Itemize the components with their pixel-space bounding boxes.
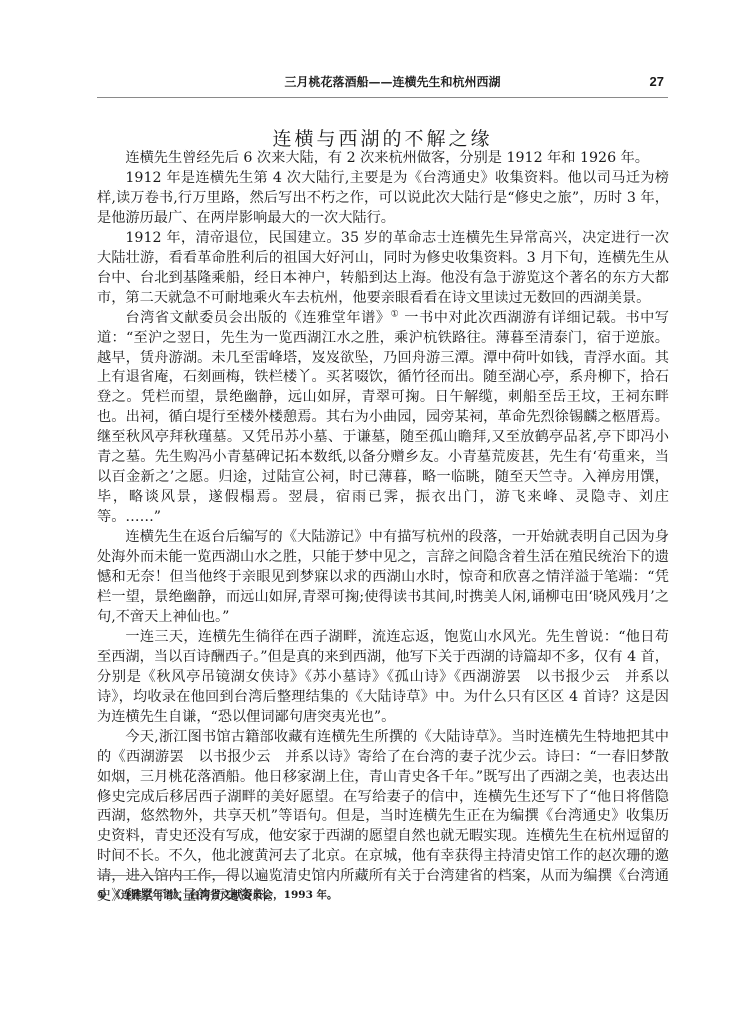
paragraph-4-before-ref: 台湾省文献委员会出版的《连雅堂年谱》 — [125, 310, 390, 326]
header-rule — [97, 97, 668, 98]
paragraph-5: 连横先生在返台后编写的《大陆游记》中有描写杭州的段落，一开始就表明自己因为身处海… — [97, 528, 669, 628]
footnote-rule — [97, 875, 237, 876]
footnote-text: 《连雅堂年谱》，台湾省文献委员会，1993 年。 — [110, 889, 337, 901]
article-title: 连横与西湖的不解之缘 — [97, 126, 668, 152]
footnote-reference[interactable]: ① — [391, 309, 400, 319]
footnote: ①《连雅堂年谱》，台湾省文献委员会，1993 年。 — [97, 887, 338, 903]
footnote-mark: ① — [97, 889, 106, 901]
article-body: 连横先生曾经先后 6 次来大陆，有 2 次来杭州做客，分别是 1912 年和 1… — [97, 149, 669, 907]
paragraph-3: 1912 年，清帝退位，民国建立。35 岁的革命志士连横先生异常高兴，决定进行一… — [97, 229, 669, 309]
running-head-title: 三月桃花落酒船——连横先生和杭州西湖 — [97, 73, 668, 91]
paragraph-1: 连横先生曾经先后 6 次来大陆，有 2 次来杭州做客，分别是 1912 年和 1… — [97, 149, 669, 169]
paragraph-2: 1912 年是连横先生第 4 次大陆行,主要是为《台湾通史》收集资料。他以司马迁… — [97, 169, 669, 229]
paragraph-7: 今天,浙江图书馆古籍部收藏有连横先生所撰的《大陆诗草》。当时连横先生特地把其中的… — [97, 728, 669, 908]
paragraph-4-after-ref: 一书中对此次西湖游有详细记载。书中写道：“至沪之翌日，先生为一览西湖江水之胜，乘… — [97, 310, 669, 526]
running-head: 三月桃花落酒船——连横先生和杭州西湖 27 — [97, 73, 668, 91]
paragraph-6: 一连三天，连横先生徜徉在西子湖畔，流连忘返，饱览山水风光。先生曾说：“他日苟至西… — [97, 628, 669, 728]
paragraph-4: 台湾省文献委员会出版的《连雅堂年谱》① 一书中对此次西湖游有详细记载。书中写道：… — [97, 309, 669, 528]
page-number: 27 — [650, 73, 664, 91]
